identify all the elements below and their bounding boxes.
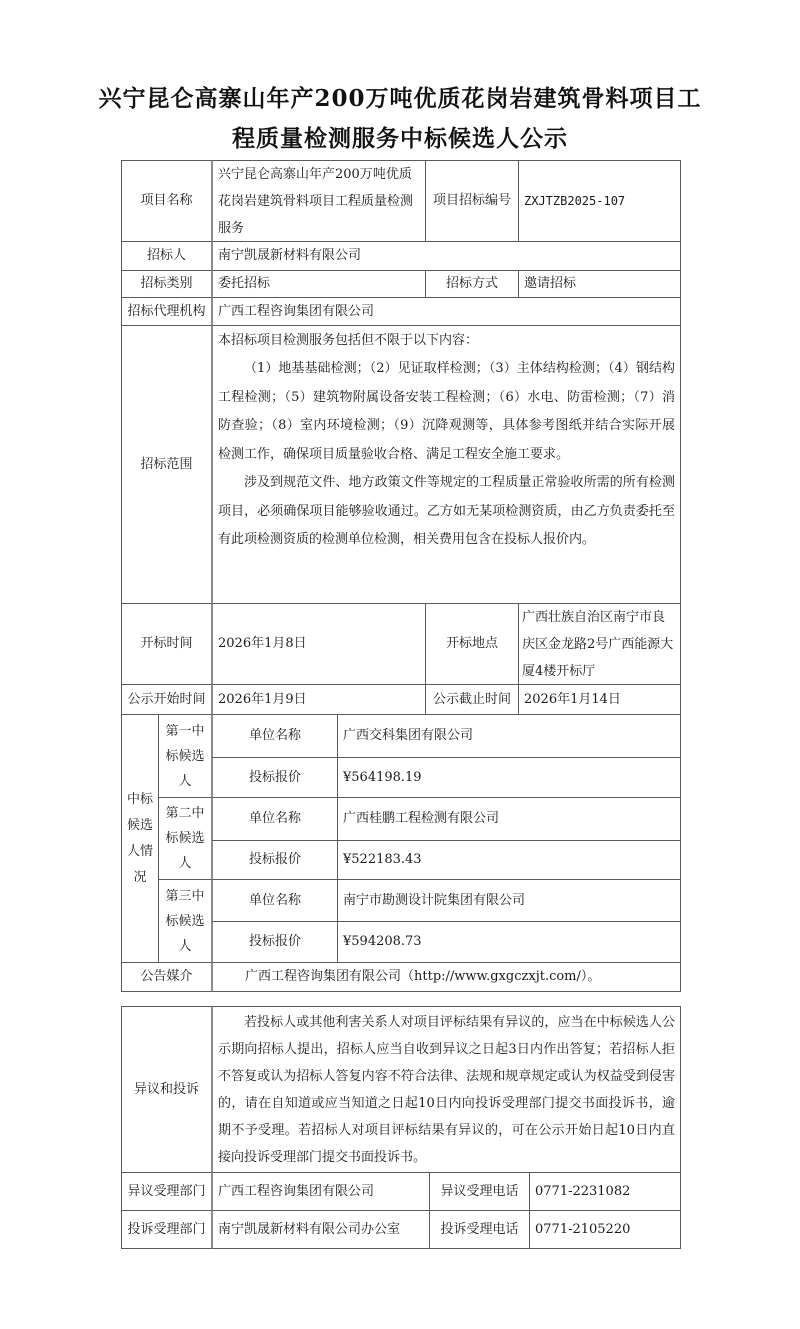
project-name-label-cell: 项目名称 [121,160,212,242]
open-place-value-cell: 广西壮族自治区南宁市良庆区金龙路2号广西能源大厦4楼开标厅 [518,603,681,685]
objection-text-cell: 若投标人或其他利害关系人对项目评标结果有异议的，应当在中标候选人公示期向招标人提… [211,1006,681,1173]
complaint-dept-label-cell: 投诉受理部门 [121,1210,212,1249]
candidate-3-name: 南宁市勘测设计院集团有限公司 [343,887,675,915]
open-time-label: 开标时间 [127,630,206,658]
media-label-cell: 公告媒介 [121,962,212,992]
method-label-cell: 招标方式 [425,270,519,298]
candidate-2-price-cell: ¥522183.43 [337,840,681,880]
media-value-cell: 广西工程咨询集团有限公司（http://www.gxgczxjt.com/）。 [211,962,681,992]
publicity-start-value: 2026年1月9日 [218,686,420,714]
complaint-phone-label: 投诉受理电话 [435,1216,524,1244]
objection-phone-value: 0771-2231082 [535,1178,675,1206]
method-value: 邀请招标 [524,270,675,298]
scope-label-cell: 招标范围 [121,325,212,604]
candidate-1-name-label-cell: 单位名称 [211,714,338,758]
objection-label-cell: 异议和投诉 [121,1006,212,1173]
publicity-end-value-cell: 2026年1月14日 [518,684,681,715]
agency-label: 招标代理机构 [124,298,209,326]
objection-phone-label-cell: 异议受理电话 [429,1172,530,1211]
candidate-2-price: ¥522183.43 [343,846,675,874]
category-value-cell: 委托招标 [211,270,426,298]
candidate-1-price-cell: ¥564198.19 [337,757,681,798]
objection-text: 若投标人或其他利害关系人对项目评标结果有异议的，应当在中标候选人公示期向招标人提… [218,1009,675,1171]
candidates-label-cell: 中标候选人情况 [121,714,159,963]
page-title-line-2: 程质量检测服务中标候选人公示 [0,120,800,153]
objection-dept-label: 异议受理部门 [123,1178,210,1206]
open-time-label-cell: 开标时间 [121,603,212,685]
project-no-label-cell: 项目招标编号 [425,160,519,242]
tenderer-value: 南宁凯晟新材料有限公司 [218,242,675,270]
scope-items: （1）地基基础检测；（2）见证取样检测；（3）主体结构检测；（4）钢结构工程检测… [218,355,675,469]
open-time-value: 2026年1月8日 [218,630,420,658]
objection-dept-value: 广西工程咨询集团有限公司 [218,1178,424,1206]
category-label-cell: 招标类别 [121,270,212,298]
candidate-3-name-label-cell: 单位名称 [211,879,338,922]
open-place-label: 开标地点 [431,630,513,658]
open-place-value: 广西壮族自治区南宁市良庆区金龙路2号广西能源大厦4楼开标厅 [522,604,677,685]
category-value: 委托招标 [218,270,420,298]
candidate-3-price-label: 投标报价 [218,928,332,956]
scope-label: 招标范围 [127,451,206,479]
candidate-1-rank: 第一中标候选人 [162,719,208,794]
publicity-start-label-cell: 公示开始时间 [121,684,212,715]
candidate-1-price-label: 投标报价 [218,764,332,792]
candidate-3-name-cell: 南宁市勘测设计院集团有限公司 [337,879,681,922]
candidate-3-name-label: 单位名称 [218,887,332,915]
project-no-value-cell: ZXJTZB2025-107 [518,160,681,242]
project-name-label: 项目名称 [127,187,206,215]
project-name-value-cell: 兴宁昆仑高寨山年产200万吨优质花岗岩建筑骨料项目工程质量检测服务 [211,160,426,242]
project-no-value: ZXJTZB2025-107 [524,187,675,215]
project-no-label: 项目招标编号 [431,187,513,215]
objection-phone-label: 异议受理电话 [435,1178,524,1206]
complaint-phone-label-cell: 投诉受理电话 [429,1210,530,1249]
method-label: 招标方式 [431,270,513,298]
candidate-3-price-cell: ¥594208.73 [337,921,681,963]
complaint-phone-value-cell: 0771-2105220 [529,1210,681,1249]
page-title-line-1: 兴宁昆仑高寨山年产200万吨优质花岗岩建筑骨料项目工 [0,80,800,113]
candidate-3-rank: 第三中标候选人 [162,884,208,959]
scope-value-cell: 本招标项目检测服务包括但不限于以下内容： （1）地基基础检测；（2）见证取样检测… [211,325,681,604]
candidate-1-price: ¥564198.19 [343,764,675,792]
complaint-dept-value-cell: 南宁凯晟新材料有限公司办公室 [211,1210,430,1249]
candidate-3-rank-cell: 第三中标候选人 [158,879,212,963]
publicity-end-value: 2026年1月14日 [524,686,675,714]
method-value-cell: 邀请招标 [518,270,681,298]
tenderer-value-cell: 南宁凯晟新材料有限公司 [211,241,681,271]
project-name-value: 兴宁昆仑高寨山年产200万吨优质花岗岩建筑骨料项目工程质量检测服务 [218,161,420,242]
candidate-1-name: 广西交科集团有限公司 [343,722,675,750]
publicity-start-value-cell: 2026年1月9日 [211,684,426,715]
candidate-1-name-cell: 广西交科集团有限公司 [337,714,681,758]
objection-label: 异议和投诉 [127,1076,206,1104]
tenderer-label-cell: 招标人 [121,241,212,271]
complaint-dept-value: 南宁凯晟新材料有限公司办公室 [218,1216,424,1244]
agency-value: 广西工程咨询集团有限公司 [218,298,675,326]
candidate-2-name-label-cell: 单位名称 [211,797,338,841]
complaint-phone-value: 0771-2105220 [535,1216,675,1244]
candidate-1-name-label: 单位名称 [218,722,332,750]
candidate-2-rank-cell: 第二中标候选人 [158,797,212,880]
media-value: 广西工程咨询集团有限公司（http://www.gxgczxjt.com/）。 [245,963,675,991]
candidate-2-rank: 第二中标候选人 [162,801,208,876]
publicity-end-label: 公示截止时间 [427,686,517,714]
objection-phone-value-cell: 0771-2231082 [529,1172,681,1211]
candidate-1-rank-cell: 第一中标候选人 [158,714,212,798]
scope-extra: 涉及到规范文件、地方政策文件等规定的工程质量正常验收所需的所有检测项目，必须确保… [218,469,675,555]
category-label: 招标类别 [127,270,206,298]
candidate-2-price-label: 投标报价 [218,846,332,874]
media-label: 公告媒介 [127,963,206,991]
candidate-3-price-label-cell: 投标报价 [211,921,338,963]
objection-dept-label-cell: 异议受理部门 [121,1172,212,1211]
open-time-value-cell: 2026年1月8日 [211,603,426,685]
open-place-label-cell: 开标地点 [425,603,519,685]
candidate-2-name-label: 单位名称 [218,805,332,833]
objection-dept-value-cell: 广西工程咨询集团有限公司 [211,1172,430,1211]
candidate-2-price-label-cell: 投标报价 [211,840,338,880]
candidate-3-price: ¥594208.73 [343,928,675,956]
candidate-1-price-label-cell: 投标报价 [211,757,338,798]
agency-value-cell: 广西工程咨询集团有限公司 [211,297,681,326]
candidate-2-name-cell: 广西桂鹏工程检测有限公司 [337,797,681,841]
agency-label-cell: 招标代理机构 [121,297,212,326]
candidate-2-name: 广西桂鹏工程检测有限公司 [343,805,675,833]
scope-intro: 本招标项目检测服务包括但不限于以下内容： [218,327,675,355]
candidates-label: 中标候选人情况 [124,787,156,891]
publicity-end-label-cell: 公示截止时间 [425,684,519,715]
publicity-start-label: 公示开始时间 [123,686,210,714]
complaint-dept-label: 投诉受理部门 [123,1216,210,1244]
tenderer-label: 招标人 [127,242,206,270]
